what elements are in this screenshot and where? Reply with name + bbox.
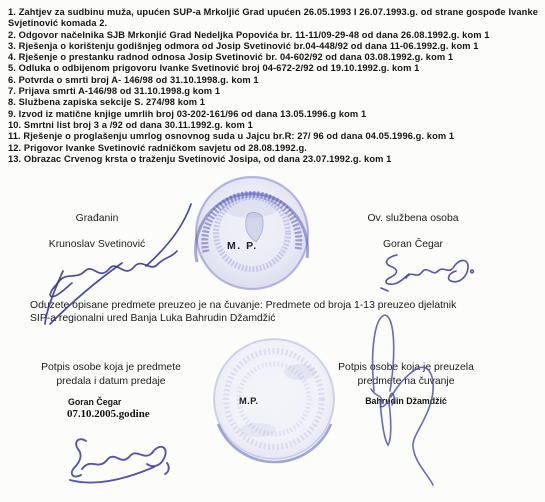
handover-right-name: Bahrudin Džamdžić: [328, 396, 484, 406]
inventory-item-5: 5. Odluka o odbijenom prigovoru Ivanke S…: [8, 63, 538, 74]
handover-left-label-line2: predala i datum predaje: [16, 375, 206, 389]
upper-round-stamp-icon: [196, 177, 308, 289]
handover-right-label-line1: Potpis osobe koja je preuzela: [328, 361, 484, 375]
custody-note-line1: Oduzete opisane predmete preuzeo je na č…: [30, 300, 456, 311]
official-party-block: Ov. službena osoba Goran Čegar: [338, 213, 488, 250]
inventory-item-11: 11. Rješenje o proglašenju umrlog osnovn…: [8, 131, 538, 142]
inventory-list: 1. Zahtjev za sudbinu muža, upućen SUP-a…: [8, 7, 538, 165]
inventory-item-4: 4. Rješenje o prestanku radnod odnosa Jo…: [8, 52, 538, 63]
stamp-place-label-bottom: M.P.: [239, 396, 259, 406]
custody-note-line2: SIP-a regionalni ured Banja Luka Bahrudi…: [30, 313, 275, 324]
citizen-name: Krunoslav Svetinović: [18, 239, 176, 250]
handover-left-label-line1: Potpis osobe koja je predmete: [16, 361, 206, 375]
custody-note: Oduzete opisane predmete preuzeo je na č…: [30, 299, 532, 326]
inventory-item-7: 7. Prijava smrti A-146/98 od 31.10.1998.…: [8, 86, 538, 97]
official-role-label: Ov. službena osoba: [338, 213, 488, 224]
lower-round-stamp-icon: [214, 339, 334, 462]
inventory-item-1: 1. Zahtjev za sudbinu muža, upućen SUP-a…: [8, 7, 538, 30]
inventory-item-6: 6. Potvrda o smrti broj A- 146/98 od 31.…: [8, 75, 538, 86]
handover-date: 07.10.2005.godine: [67, 408, 150, 420]
citizen-role-label: Građanin: [18, 213, 176, 224]
inventory-item-9: 9. Izvod iz matične knjige umrlih broj 0…: [8, 109, 538, 120]
citizen-party-block: Građanin Krunoslav Svetinović: [18, 213, 176, 250]
stamp-place-label: M. P.: [227, 240, 258, 252]
handover-right-label: Potpis osobe koja je preuzela predmete n…: [328, 361, 484, 388]
inventory-item-12: 12. Prigovor Ivanke Svetinović radničkom…: [8, 143, 538, 154]
inventory-item-8: 8. Službena zapiska sekcije S. 274/98 ko…: [8, 97, 538, 108]
inventory-item-10: 10. Smrtni list broj 3 a /92 od dana 30.…: [8, 120, 538, 131]
handover-left-name: Goran Čegar: [68, 397, 121, 407]
signature-goran-cegar-upper: [381, 255, 473, 291]
inventory-item-2: 2. Odgovor načelnika SJB Mrkonjić Grad N…: [8, 30, 538, 41]
official-name: Goran Čegar: [338, 239, 488, 250]
signature-goran-cegar-lower: [70, 439, 169, 482]
inventory-item-13: 13. Obrazac Crvenog krsta o traženju Sve…: [8, 154, 538, 165]
handover-right-label-line2: predmete na čuvanje: [328, 375, 484, 389]
handover-left-label: Potpis osobe koja je predmete predala i …: [16, 361, 206, 388]
scanned-document: 1. Zahtjev za sudbinu muža, upućen SUP-a…: [0, 0, 545, 502]
inventory-item-3: 3. Rješenja o korištenju godišnjeg odmor…: [8, 41, 538, 52]
